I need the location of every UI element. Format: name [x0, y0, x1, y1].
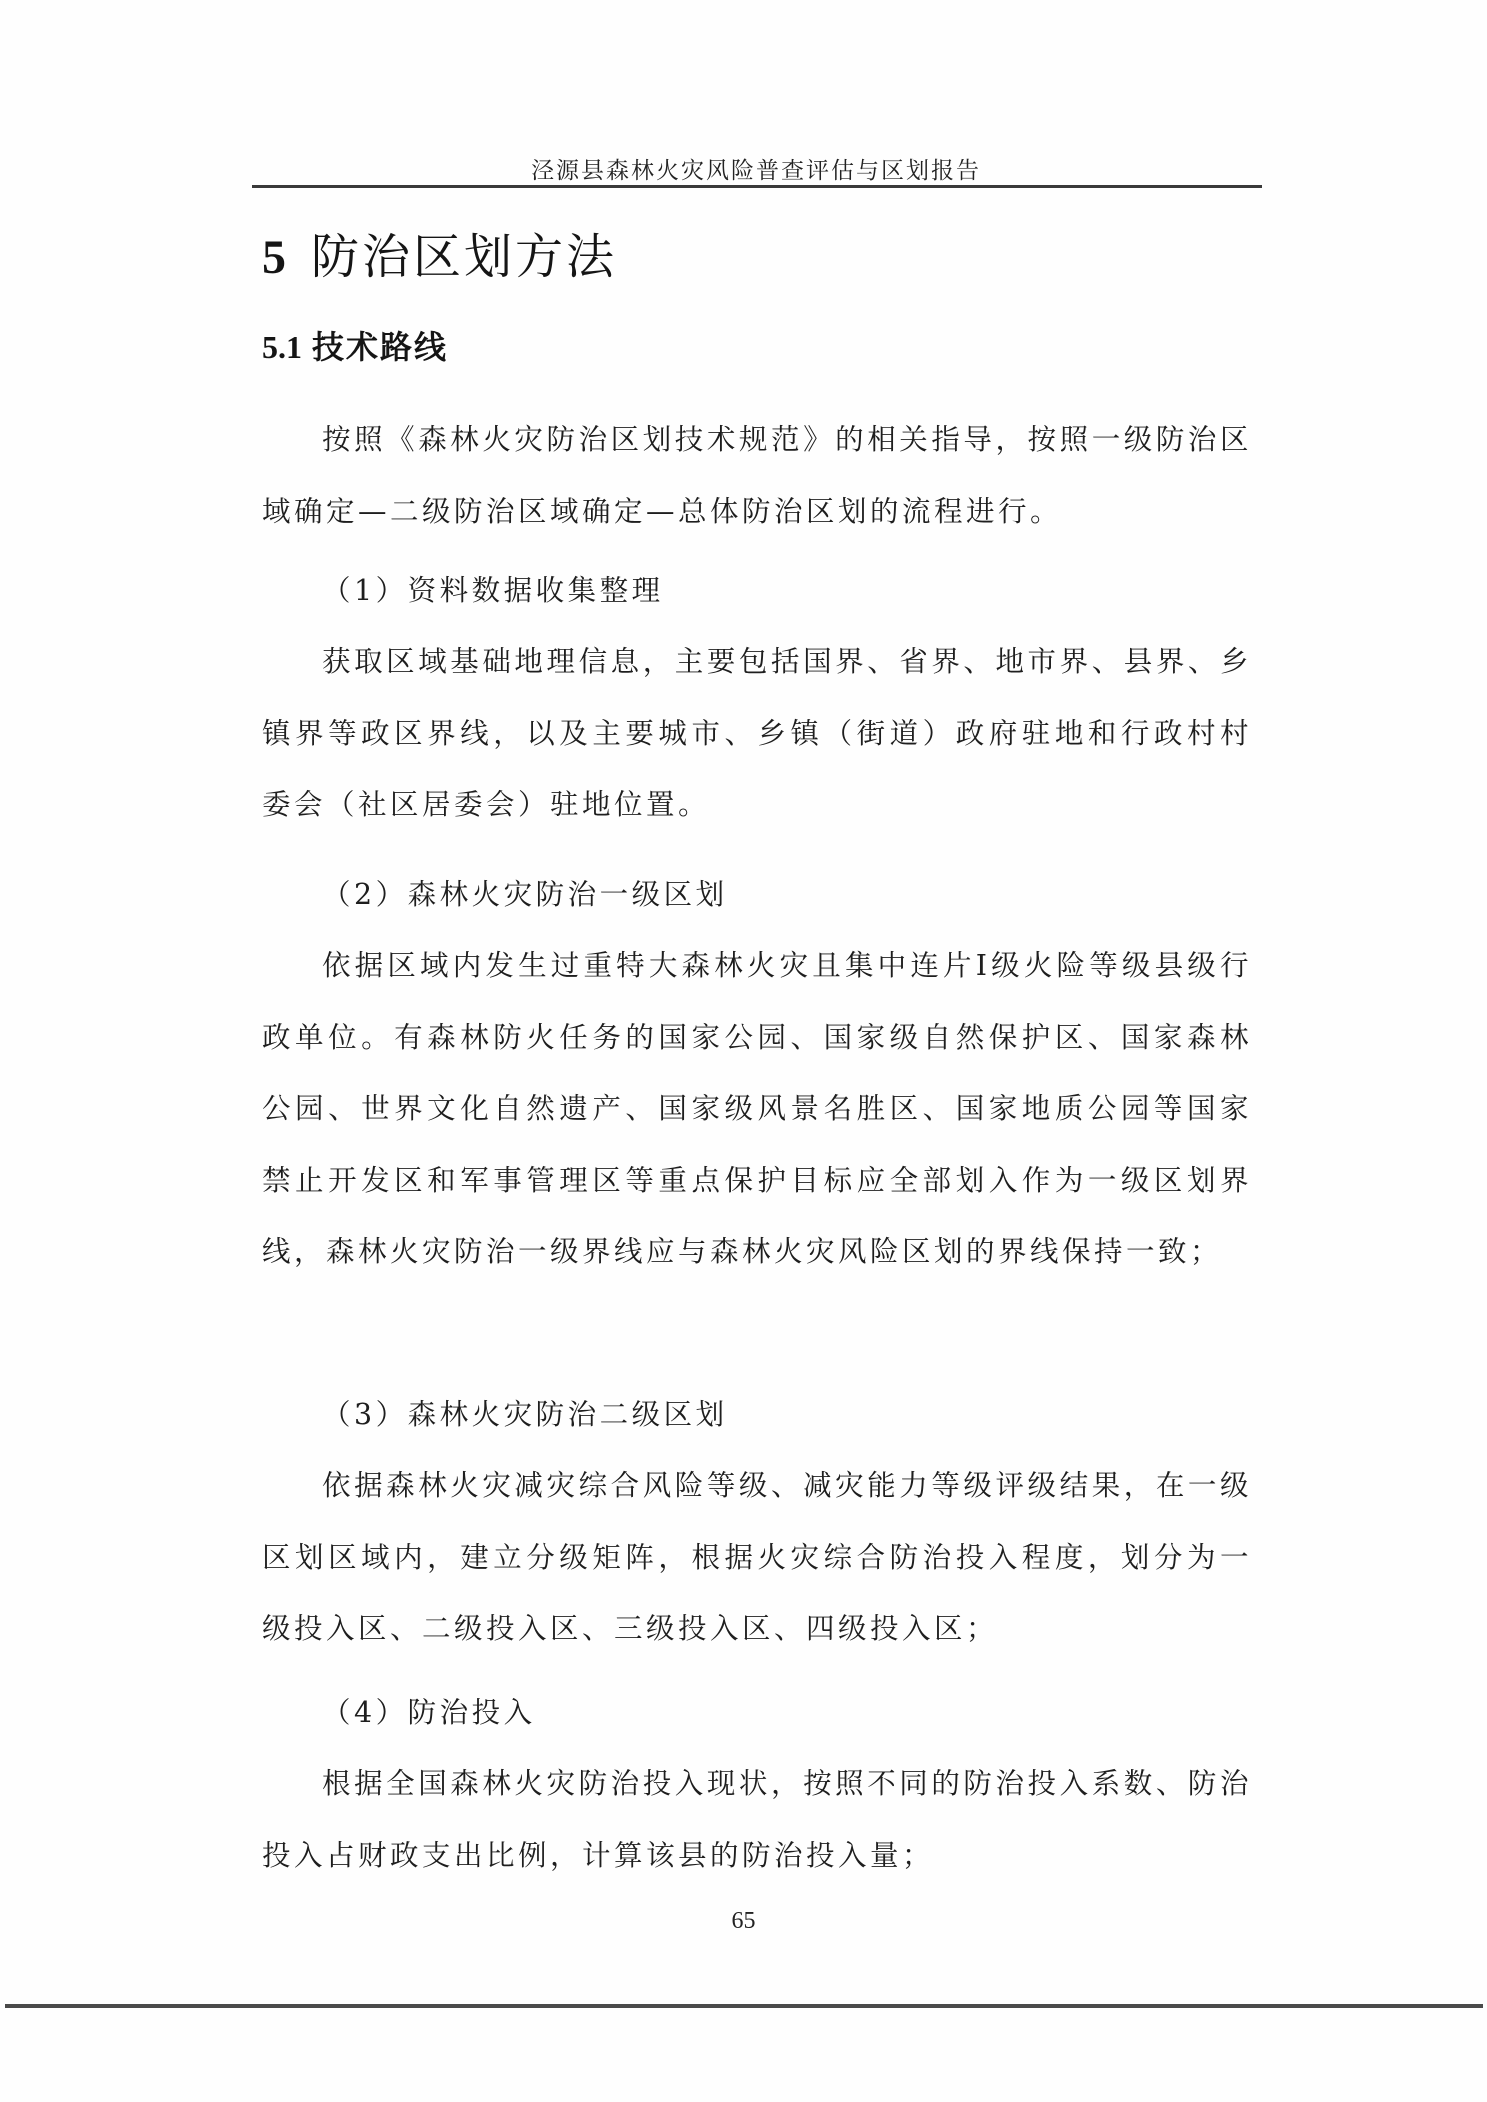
item-paragraph-3: 依据森林火灾减灾综合风险等级、减灾能力等级评级结果，在一级区划区域内，建立分级矩… — [262, 1450, 1252, 1665]
item-heading-4: （4）防治投入 — [322, 1690, 536, 1731]
item-paragraph-4: 根据全国森林火灾防治投入现状，按照不同的防治投入系数、防治投入占财政支出比例，计… — [262, 1748, 1252, 1891]
chapter-title-text: 防治区划方法 — [311, 229, 617, 285]
item-paragraph-1: 获取区域基础地理信息，主要包括国界、省界、地市界、县界、乡镇界等政区界线，以及主… — [262, 626, 1252, 841]
chapter-title: 5防治区划方法 — [262, 218, 617, 287]
intro-paragraph: 按照《森林火灾防治区划技术规范》的相关指导，按照一级防治区域确定—二级防治区域确… — [262, 404, 1252, 547]
page-number: 65 — [0, 1908, 1487, 1935]
footer-rule — [5, 2004, 1483, 2008]
section-number: 5.1 — [262, 329, 302, 365]
item-heading-2: （2）森林火灾防治一级区划 — [322, 872, 728, 913]
document-page: 泾源县森林火灾风险普查评估与区划报告 5防治区划方法 5.1技术路线 按照《森林… — [0, 0, 1487, 2102]
section-title-text: 技术路线 — [312, 328, 448, 366]
item-heading-3: （3）森林火灾防治二级区划 — [322, 1392, 728, 1433]
item-heading-1: （1）资料数据收集整理 — [322, 568, 664, 609]
running-header: 泾源县森林火灾风险普查评估与区划报告 — [252, 152, 1260, 185]
header-rule — [252, 185, 1262, 188]
chapter-number: 5 — [262, 231, 289, 284]
item-paragraph-2: 依据区域内发生过重特大森林火灾且集中连片Ⅰ级火险等级县级行政单位。有森林防火任务… — [262, 930, 1252, 1288]
section-title: 5.1技术路线 — [262, 322, 448, 368]
